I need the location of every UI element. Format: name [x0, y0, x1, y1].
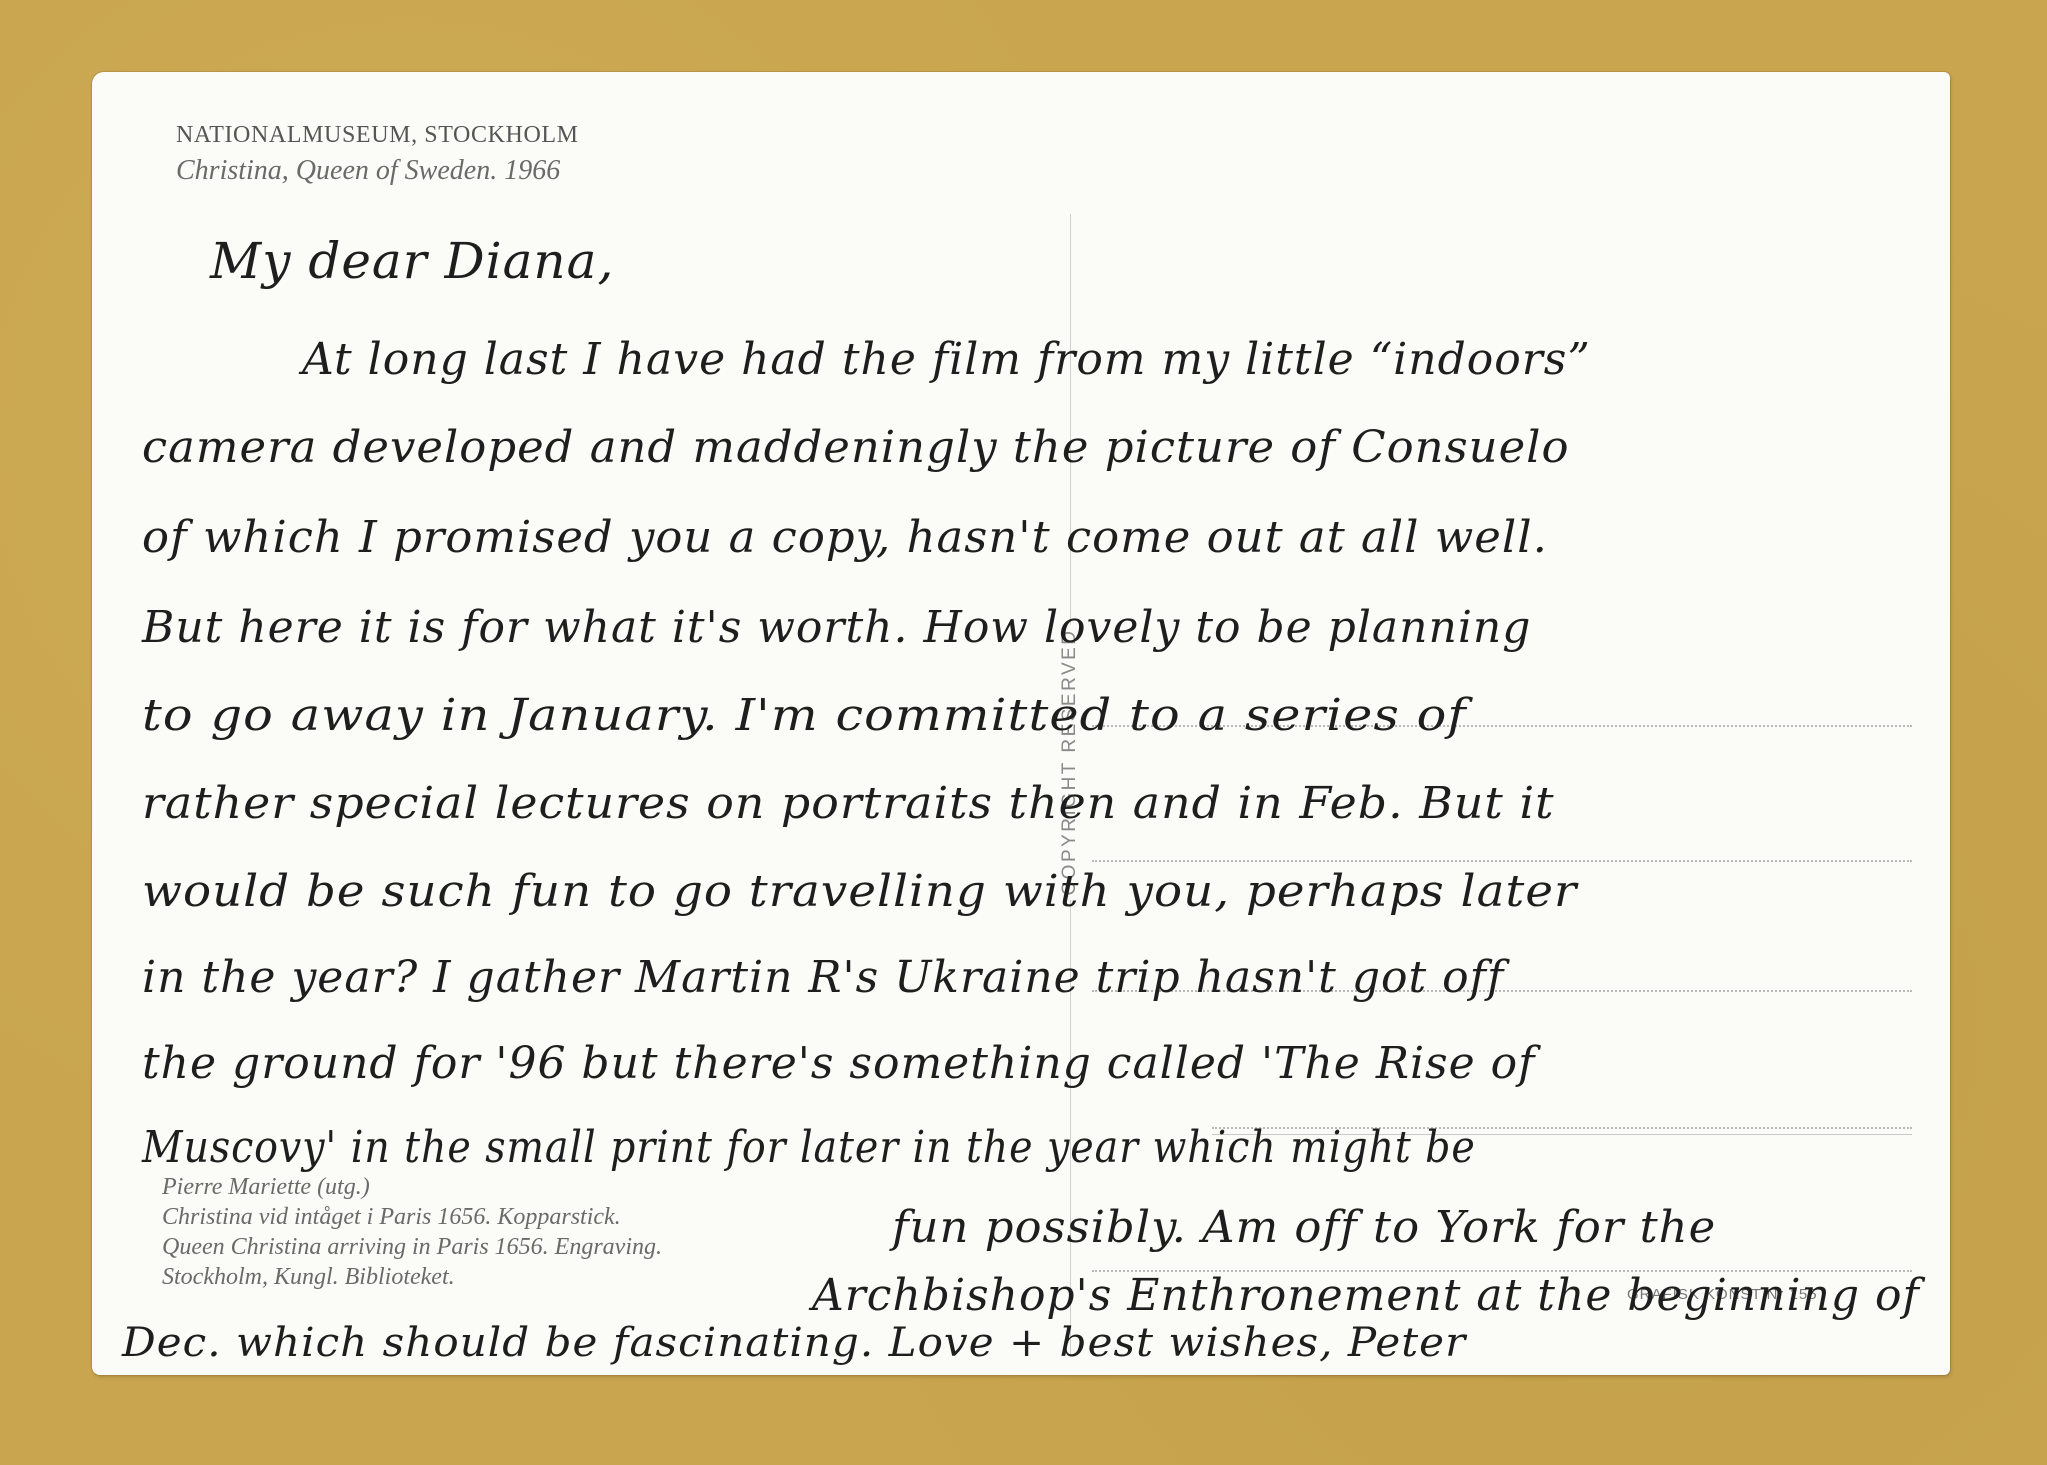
address-line: [1212, 1134, 1912, 1135]
artwork-caption: Pierre Mariette (utg.) Christina vid int…: [162, 1172, 662, 1292]
postcard: NATIONALMUSEUM, STOCKHOLM Christina, Que…: [92, 72, 1950, 1375]
address-line: [1092, 860, 1912, 862]
museum-name: NATIONALMUSEUM, STOCKHOLM: [176, 122, 579, 149]
caption-line: Stockholm, Kungl. Biblioteket.: [162, 1262, 662, 1292]
caption-line: Queen Christina arriving in Paris 1656. …: [162, 1232, 662, 1262]
letter-closing-signature: Dec. which should be fascinating. Love +…: [122, 1320, 1466, 1366]
letter-line: At long last I have had the film from my…: [302, 334, 1591, 385]
caption-line: Pierre Mariette (utg.): [162, 1172, 662, 1202]
artwork-title: Christina, Queen of Sweden. 1966: [176, 155, 579, 187]
letter-line: fun possibly. Am off to York for the: [892, 1202, 1716, 1253]
letter-line: camera developed and maddeningly the pic…: [142, 422, 1570, 473]
postcard-header: NATIONALMUSEUM, STOCKHOLM Christina, Que…: [176, 122, 579, 187]
letter-line: to go away in January. I'm committed to …: [142, 690, 1467, 741]
publisher-mark: GRAFISK KONST Nr 155: [1627, 1286, 1818, 1303]
address-line: [1092, 990, 1912, 992]
letter-salutation: My dear Diana,: [210, 232, 614, 290]
address-line: [1092, 725, 1912, 727]
address-line: [1212, 1127, 1912, 1129]
letter-line: the ground for '96 but there's something…: [142, 1038, 1535, 1089]
caption-line: Christina vid intåget i Paris 1656. Kopp…: [162, 1202, 662, 1232]
copyright-notice: COPYRIGHT RESERVED: [1059, 624, 1081, 899]
letter-line: But here it is for what it's worth. How …: [142, 602, 1531, 653]
letter-line: Muscovy' in the small print for later in…: [142, 1122, 1476, 1173]
letter-line: of which I promised you a copy, hasn't c…: [142, 512, 1548, 563]
address-line: [1092, 1270, 1912, 1272]
letter-line: would be such fun to go travelling with …: [142, 866, 1577, 917]
letter-line: in the year? I gather Martin R's Ukraine…: [142, 952, 1504, 1003]
letter-line: rather special lectures on portraits the…: [142, 778, 1555, 829]
